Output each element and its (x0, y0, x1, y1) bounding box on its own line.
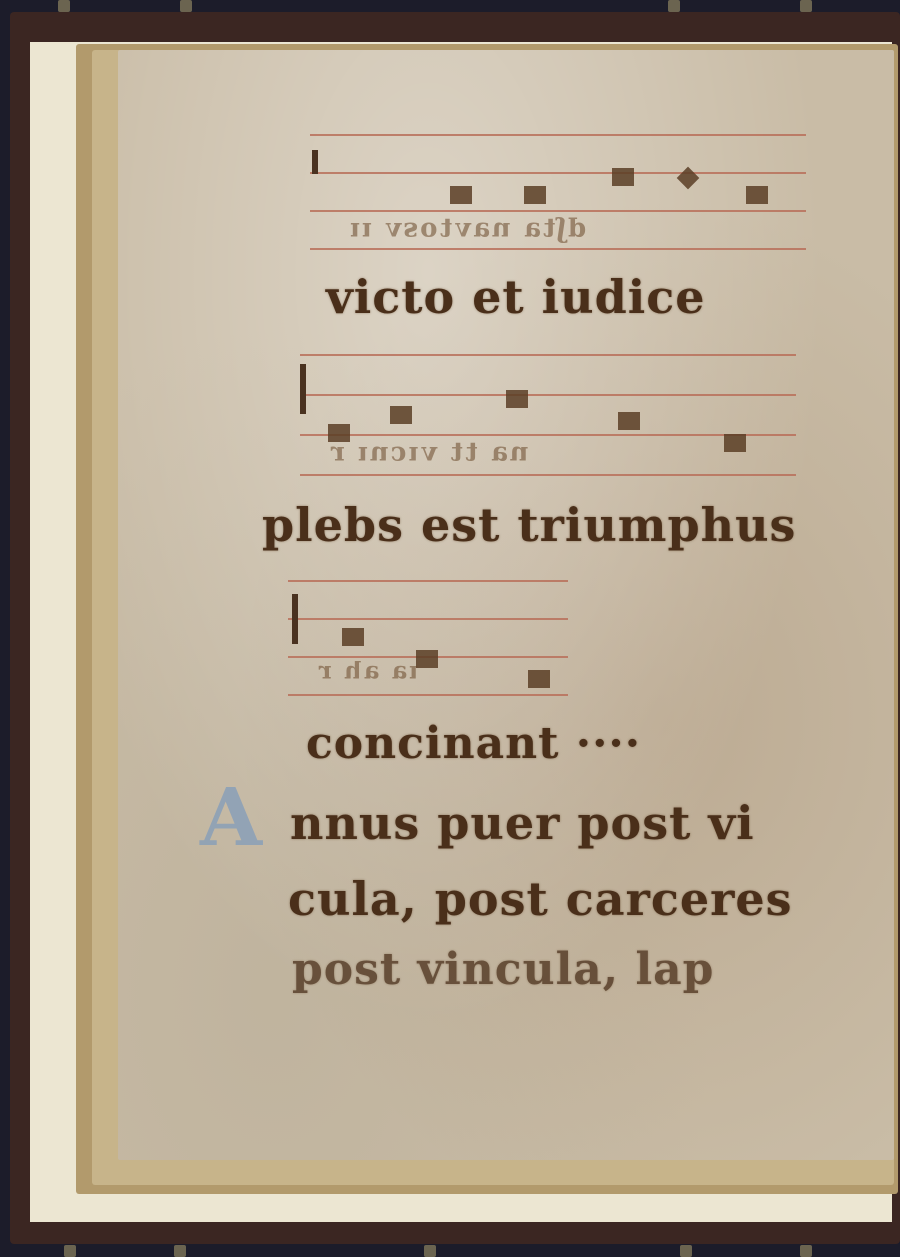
lyric-line-4: nnus puer post vi (290, 796, 755, 850)
bleedthrough-text: ɹ ıuɔıʌ ʇʇ ɐu (330, 440, 531, 470)
music-stave-3: ɹ ɥɐ ɐı (288, 580, 568, 698)
lyric-line-2: plebs est triumphus (262, 498, 796, 552)
neume-icon (724, 434, 746, 452)
mount-clip (800, 0, 812, 12)
mount-clip (58, 0, 70, 12)
clef-icon (292, 594, 298, 644)
neume-icon (506, 390, 528, 408)
mount-clip (424, 1245, 436, 1257)
clef-icon (300, 364, 306, 414)
mount-clip (180, 0, 192, 12)
lyric-line-3: concinant ···· (306, 718, 641, 769)
lyric-line-5: cula, post carceres (288, 872, 793, 926)
mount-clip (800, 1245, 812, 1257)
neume-icon (450, 186, 472, 204)
decorated-initial: A (200, 770, 262, 864)
mount-clip (668, 0, 680, 12)
neume-icon (612, 168, 634, 186)
neume-icon (390, 406, 412, 424)
lyric-line-6: post vincula, lap (292, 944, 714, 995)
music-stave-2: ɹ ıuɔıʌ ʇʇ ɐu (300, 354, 796, 479)
neume-icon (342, 628, 364, 646)
neume-icon (618, 412, 640, 430)
bleedthrough-text: ıı ʌsoʇʌɐu ɐʇʃp (350, 216, 588, 246)
lyric-line-1: victo et iudice (326, 270, 706, 324)
neume-icon (746, 186, 768, 204)
neume-icon (528, 670, 550, 688)
music-stave-1: ıı ʌsoʇʌɐu ɐʇʃp (310, 134, 806, 254)
mount-clip (174, 1245, 186, 1257)
mount-clip (64, 1245, 76, 1257)
neume-icon (524, 186, 546, 204)
neume-icon (677, 167, 700, 190)
bleedthrough-text: ɹ ɥɐ ɐı (318, 660, 420, 689)
mount-clip (680, 1245, 692, 1257)
clef-icon (312, 150, 318, 174)
